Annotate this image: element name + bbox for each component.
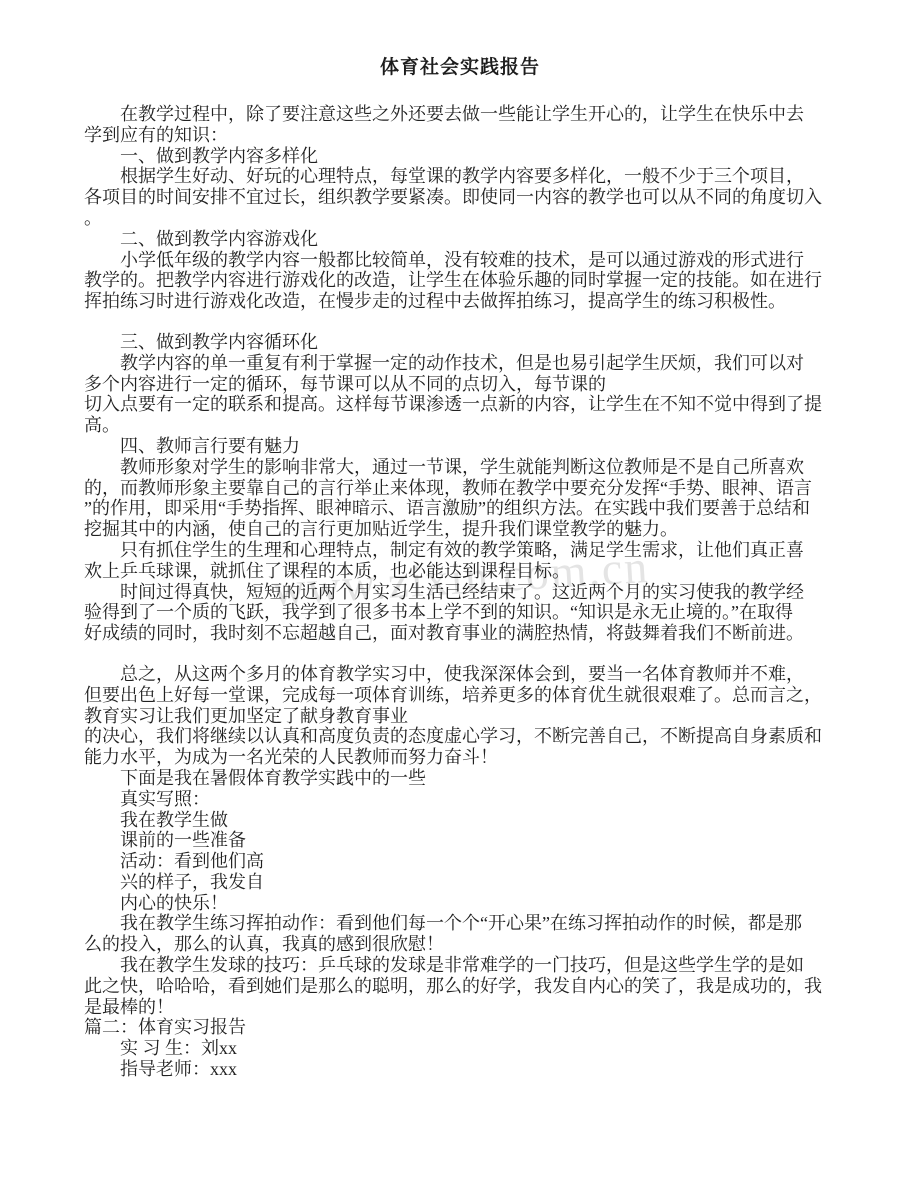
document-line: 我在教学生发球的技巧：乒乓球的发球是非常难学的一门技巧，但是这些学生学的是如 [84,955,884,976]
document-line: 四、教师言行要有魅力 [84,436,884,457]
document-line: 我在教学生练习挥拍动作：看到他们每一个个“开心果”在练习挥拍动作的时候，都是那 [84,913,884,934]
document-body: 在教学过程中，除了要注意这些之外还要去做一些能让学生开心的，让学生在快乐中去学到… [84,104,884,1080]
document-line: 二、做到教学内容游戏化 [84,229,884,250]
document-line: 时间过得真快，短短的近两个月实习生活已经结束了。这近两个月的实习使我的教学经 [84,582,884,603]
blank-line [84,312,884,332]
document-line: 三、做到教学内容循环化 [84,332,884,353]
document-line: 教育实习让我们更加坚定了献身教育事业 [84,706,884,727]
document-title: 体育社会实践报告 [0,52,920,79]
document-line: 多个内容进行一定的循环，每节课可以从不同的点切入，每节课的 [84,374,884,395]
document-line: 只有抓住学生的生理和心理特点，制定有效的教学策略，满足学生需求，让他们真正喜 [84,540,884,561]
document-line: 教学内容的单一重复有利于掌握一定的动作技术，但是也易引起学生厌烦，我们可以对 [84,353,884,374]
document-line: 在教学过程中，除了要注意这些之外还要去做一些能让学生开心的，让学生在快乐中去 [84,104,884,125]
document-line: 下面是我在暑假体育教学实践中的一些 [84,768,884,789]
document-line: 切入点要有一定的联系和提高。这样每节课渗透一点新的内容，让学生在不知不觉中得到了… [84,394,884,415]
document-line: 是最棒的！ [84,997,884,1018]
document-line: ”的作用，即采用“手势指挥、眼神暗示、语言激励”的组织方法。在实践中我们要善于总… [84,498,884,519]
document-line: 实 习 生：刘xx [84,1038,884,1059]
document-line: 挥拍练习时进行游戏化改造，在慢步走的过程中去做挥拍练习，提高学生的练习积极性。 [84,291,884,312]
document-line: 指导老师：xxx [84,1059,884,1080]
document-line: 好成绩的同时，我时刻不忘超越自己，面对教育事业的满腔热情，将鼓舞着我们不断前进。 [84,623,884,644]
document-line: 高。 [84,415,884,436]
document-page: 体育社会实践报告 www.zixin.com.cn 在教学过程中，除了要注意这些… [0,0,920,1191]
document-line: 但要出色上好每一堂课，完成每一项体育训练，培养更多的体育优生就很艰难了。总而言之… [84,685,884,706]
document-line: 一、做到教学内容多样化 [84,146,884,167]
document-line: 教学的。把教学内容进行游戏化的改造，让学生在体验乐趣的同时掌握一定的技能。如在进… [84,270,884,291]
document-line: 么的投入，那么的认真，我真的感到很欣慰！ [84,934,884,955]
document-line: 的，而教师形象主要靠自己的言行举止来体现，教师在教学中要充分发挥“手势、眼神、语… [84,478,884,499]
document-line: 。 [84,208,884,229]
document-line: 教师形象对学生的影响非常大，通过一节课，学生就能判断这位教师是不是自己所喜欢 [84,457,884,478]
document-line: 根据学生好动、好玩的心理特点，每堂课的教学内容要多样化，一般不少于三个项目， [84,166,884,187]
document-line: 此之快，哈哈哈，看到她们是那么的聪明，那么的好学，我发自内心的笑了，我是成功的，… [84,976,884,997]
document-line: 课前的一些准备 [84,830,884,851]
document-line: 活动：看到他们高 [84,851,884,872]
document-line: 内心的快乐！ [84,893,884,914]
document-line: 验得到了一个质的飞跃，我学到了很多书本上学不到的知识。“知识是永无止境的。”在取… [84,602,884,623]
document-line: 我在教学生做 [84,810,884,831]
document-line: 欢上乒乓球课，就抓住了课程的本质，也必能达到课程目标。 [84,561,884,582]
document-line: 总之，从这两个多月的体育教学实习中，使我深深体会到，要当一名体育教师并不难， [84,664,884,685]
document-line: 能力水平，为成为一名光荣的人民教师而努力奋斗！ [84,747,884,768]
document-line: 小学低年级的教学内容一般都比较简单，没有较难的技术，是可以通过游戏的形式进行 [84,250,884,271]
document-line: 各项目的时间安排不宜过长，组织教学要紧凑。即使同一内容的教学也可以从不同的角度切… [84,187,884,208]
document-line: 学到应有的知识： [84,125,884,146]
document-line: 篇二：体育实习报告 [84,1017,884,1038]
document-line: 挖掘其中的内涵，使自己的言行更加贴近学生，提升我们课堂教学的魅力。 [84,519,884,540]
document-line: 真实写照： [84,789,884,810]
document-line: 的决心，我们将继续以认真和高度负责的态度虚心学习，不断完善自己，不断提高自身素质… [84,726,884,747]
document-line: 兴的样子，我发自 [84,872,884,893]
blank-line [84,644,884,664]
